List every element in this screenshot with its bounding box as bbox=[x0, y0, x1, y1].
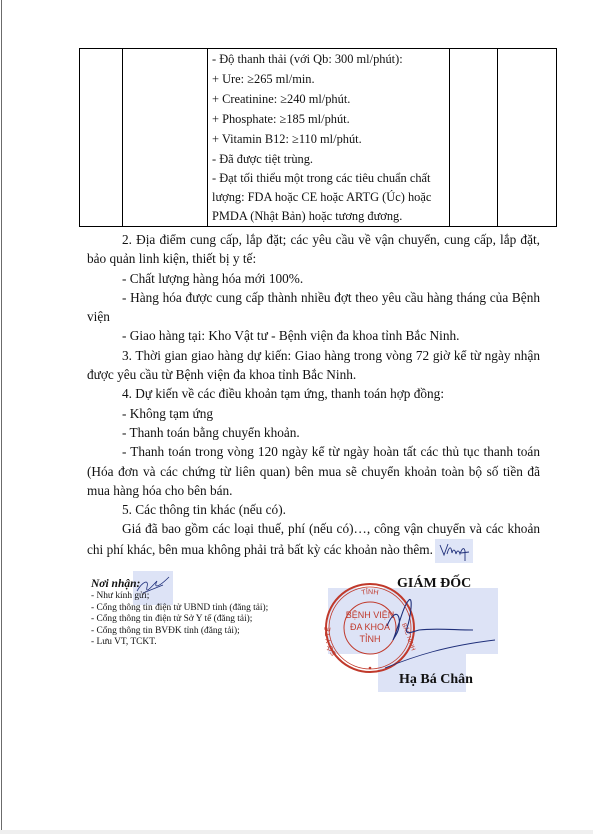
recipient-item: - Cổng thông tin BVĐK tỉnh (đăng tải); bbox=[91, 626, 268, 638]
recipient-item: - Cổng thông tin điện tử UBND tỉnh (đăng… bbox=[91, 603, 268, 615]
spec-line: + Ure: ≥265 ml/min. bbox=[208, 69, 449, 89]
table-cell-name bbox=[123, 49, 208, 227]
paragraph-batches: - Hàng hóa được cung cấp thành nhiều đợt… bbox=[87, 288, 540, 327]
recipient-item: - Như kính gửi; bbox=[91, 591, 268, 603]
page-bottom-strip bbox=[0, 830, 593, 834]
director-name: Hạ Bá Chân bbox=[399, 672, 473, 688]
director-signature-icon bbox=[385, 596, 505, 676]
paragraph-transfer: - Thanh toán bằng chuyển khoản. bbox=[87, 423, 540, 442]
spec-line: + Vitamin B12: ≥110 ml/phút. bbox=[208, 129, 449, 149]
paragraph-delivery-time: 3. Thời gian giao hàng dự kiến: Giao hàn… bbox=[87, 346, 540, 385]
table-cell-index bbox=[80, 49, 123, 227]
spec-line: + Phosphate: ≥185 ml/phút. bbox=[208, 109, 449, 129]
spec-line: - Độ thanh thải (với Qb: 300 ml/phút): bbox=[208, 49, 449, 69]
table-cell-quantity bbox=[498, 49, 557, 227]
recipients-title: Nơi nhận: bbox=[91, 577, 268, 591]
stamp-top-text: TỈNH bbox=[361, 587, 379, 597]
spec-line: - Đạt tối thiểu một trong các tiêu chuẩn… bbox=[208, 169, 449, 226]
spec-line: + Creatinine: ≥240 ml/phút. bbox=[208, 89, 449, 109]
paragraph-delivery-place: - Giao hàng tại: Kho Vật tư - Bệnh viện … bbox=[87, 326, 540, 345]
svg-text:TỈNH: TỈNH bbox=[361, 587, 379, 597]
paragraph-quality: - Chất lượng hàng hóa mới 100%. bbox=[87, 269, 540, 288]
paragraph-delivery-location: 2. Địa điểm cung cấp, lắp đặt; các yêu c… bbox=[87, 230, 540, 269]
table-cell-specs: - Độ thanh thải (với Qb: 300 ml/phút): +… bbox=[208, 49, 450, 227]
stamp-line: ĐA KHOA bbox=[350, 622, 390, 632]
paragraph-payment-120-days: - Thanh toán trong vòng 120 ngày kể từ n… bbox=[87, 442, 540, 500]
initial-signature-icon bbox=[435, 539, 473, 563]
body-text: 2. Địa điểm cung cấp, lắp đặt; các yêu c… bbox=[87, 230, 540, 563]
paragraph-no-advance: - Không tạm ứng bbox=[87, 404, 540, 423]
stamp-left-text: SỞ Y TẾ bbox=[322, 626, 338, 657]
recipients-block: Nơi nhận: - Như kính gửi; - Cổng thông t… bbox=[91, 577, 268, 649]
paragraph-payment-terms: 4. Dự kiến về các điều khoản tạm ứng, th… bbox=[87, 384, 540, 403]
svg-text:SỞ Y TẾ: SỞ Y TẾ bbox=[322, 626, 338, 657]
table-cell-unit bbox=[450, 49, 498, 227]
paragraph-other-info: 5. Các thông tin khác (nếu có). bbox=[87, 500, 540, 519]
spec-table: - Độ thanh thải (với Qb: 300 ml/phút): +… bbox=[79, 48, 557, 227]
recipient-item: - Lưu VT, TCKT. bbox=[91, 637, 268, 649]
table-row: - Độ thanh thải (với Qb: 300 ml/phút): +… bbox=[80, 49, 557, 227]
recipient-item: - Cổng thông tin điện tử Sở Y tế (đăng t… bbox=[91, 614, 268, 626]
page-edge bbox=[1, 0, 2, 830]
stamp-line: TỈNH bbox=[360, 633, 381, 644]
spec-line: - Đã được tiệt trùng. bbox=[208, 149, 449, 169]
paragraph-price-includes: Giá đã bao gồm các loại thuế, phí (nếu c… bbox=[87, 519, 540, 562]
